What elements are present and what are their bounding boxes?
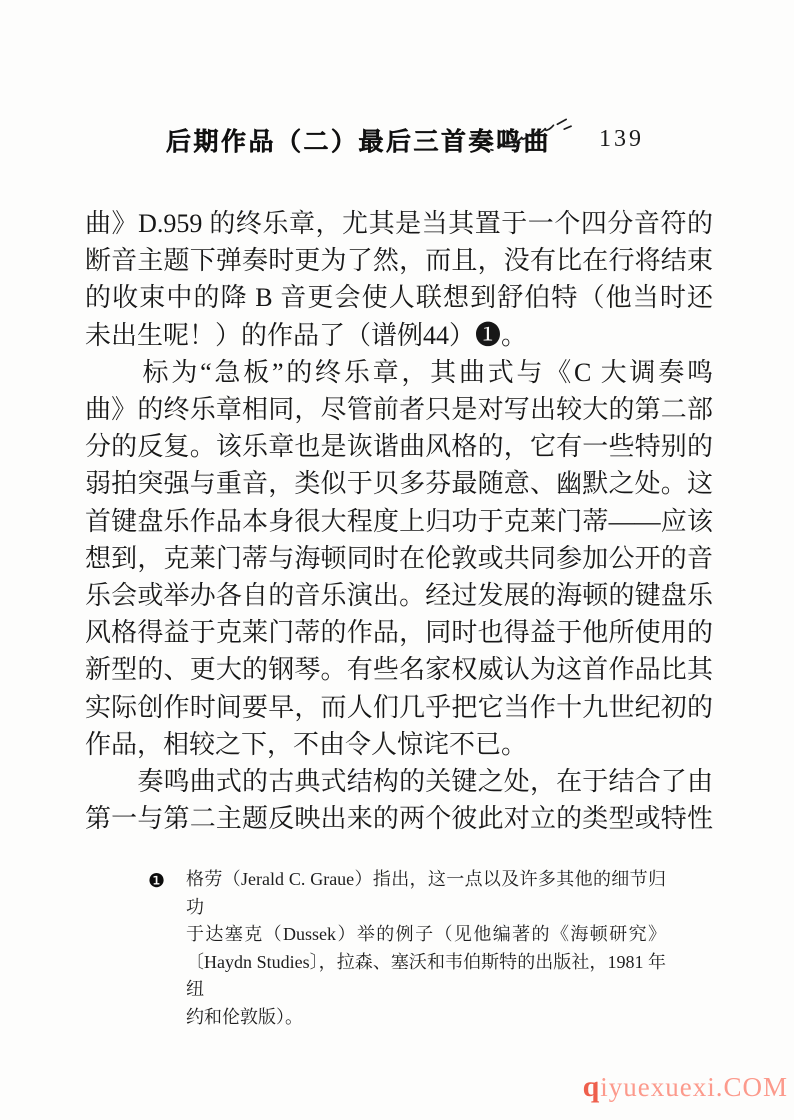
watermark: qiyuexuexi.COM (583, 1070, 788, 1104)
body-line: 乐会或举办各自的音乐演出。经过发展的海顿的键盘乐 (85, 577, 713, 614)
footnote-line: 于达塞克（Dussek）举的例子（见他编著的《海顿研究》 (186, 921, 666, 949)
body-line: 首键盘乐作品本身很大程度上归功于克莱门蒂——应该 (85, 503, 713, 540)
watermark-prefix: q (583, 1070, 601, 1103)
body-line: 奏鸣曲式的古典式结构的关键之处，在于结合了由 (85, 763, 713, 800)
body-line: 新型的、更大的钢琴。有些名家权威认为这首作品比其 (85, 651, 713, 688)
book-page: 后期作品（二）最后三首奏鸣曲 139 曲》D.959 的终乐章，尤其是当其置于一… (0, 0, 794, 1120)
body-line: 实际创作时间要早，而人们几乎把它当作十九世纪初的 (85, 689, 713, 726)
body-line: 想到，克莱门蒂与海顿同时在伦敦或共同参加公开的音 (85, 540, 713, 577)
body-text: 曲》D.959 的终乐章，尤其是当其置于一个四分音符的断音主题下弹奏时更为了然，… (85, 205, 713, 837)
body-line: 标为“急板”的终乐章，其曲式与《C 大调奏鸣 (85, 354, 713, 391)
body-line: 断音主题下弹奏时更为了然，而且，没有比在行将结束 (85, 242, 713, 279)
body-line: 弱拍突强与重音，类似于贝多芬最随意、幽默之处。这 (85, 465, 713, 502)
watermark-rest: iyuexuexi.COM (600, 1072, 788, 1102)
body-line: 曲》的终乐章相同，尽管前者只是对写出较大的第二部 (85, 391, 713, 428)
body-line: 的收束中的降 B 音更会使人联想到舒伯特（他当时还 (85, 279, 713, 316)
footnote-lines: 格劳（Jerald C. Graue）指出，这一点以及许多其他的细节归功于达塞克… (186, 866, 666, 1032)
flourish-icon (486, 114, 574, 156)
body-line: 分的反复。该乐章也是诙谐曲风格的，它有一些特别的 (85, 428, 713, 465)
body-line: 作品，相较之下，不由令人惊诧不已。 (85, 726, 713, 763)
page-number: 139 (599, 126, 644, 153)
footnote-line: 〔Haydn Studies〕，拉森、塞沃和韦伯斯特的出版社，1981 年纽 (186, 949, 666, 1004)
body-line: 曲》D.959 的终乐章，尤其是当其置于一个四分音符的 (85, 205, 713, 242)
footnote-line: 格劳（Jerald C. Graue）指出，这一点以及许多其他的细节归功 (186, 866, 666, 921)
footnote-line: 约和伦敦版）。 (186, 1004, 666, 1032)
body-line: 风格得益于克莱门蒂的作品，同时也得益于他所使用的 (85, 614, 713, 651)
body-line: 未出生呢！）的作品了（谱例44）❶。 (85, 317, 713, 354)
body-line: 第一与第二主题反映出来的两个彼此对立的类型或特性 (85, 800, 713, 837)
footnote-marker: ❶ (148, 868, 165, 895)
